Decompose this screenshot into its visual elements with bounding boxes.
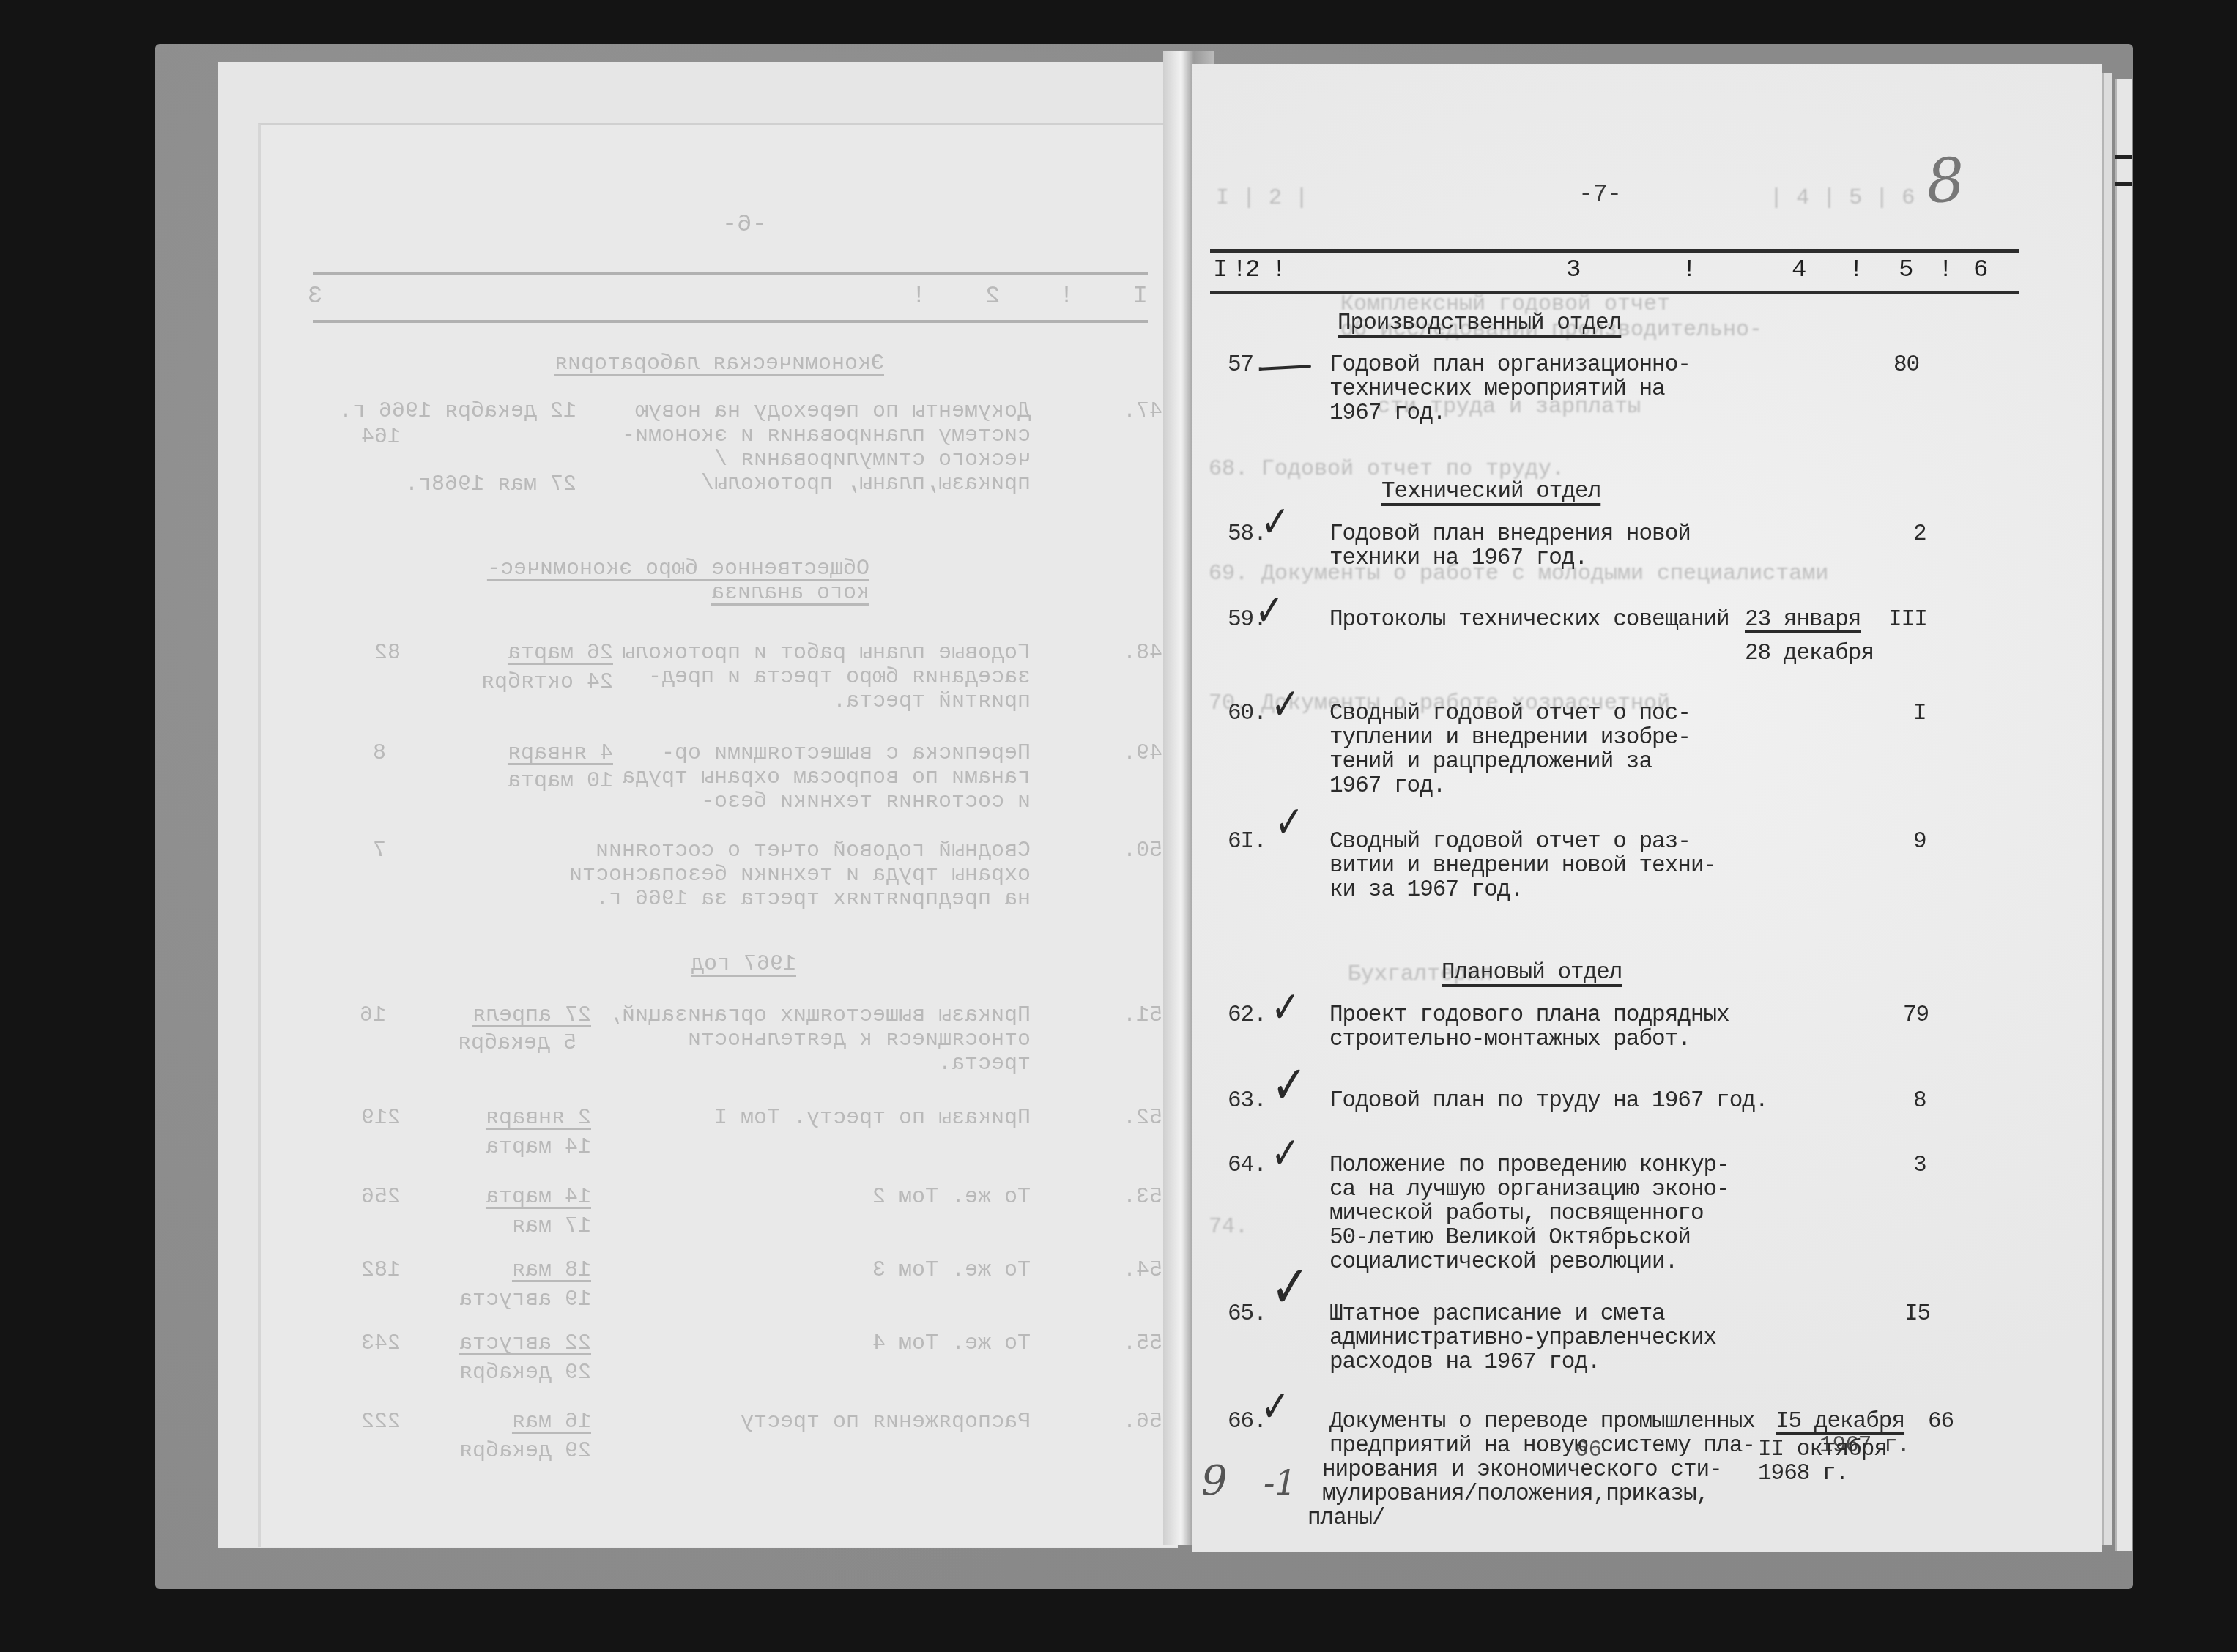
left-entry-title: То же. Том 3 <box>872 1259 1031 1283</box>
left-entry-title: Годовые планы работ и протоколы заседани… <box>620 641 1031 714</box>
left-entry-sheets: 8 <box>373 742 386 766</box>
left-section-title: 1967 год <box>691 953 796 977</box>
checkmark-icon: ✓ <box>1271 986 1299 1030</box>
left-entry-date-from: 4 января <box>508 742 613 766</box>
column-header: 6 <box>1973 256 1988 284</box>
entry-title: Годовой план по труду на 1967 год. <box>1329 1089 1768 1113</box>
page-tab-mark <box>2115 155 2132 159</box>
checkmark-icon: ✓ <box>1261 1385 1289 1429</box>
left-entry-date-to: 17 мая <box>512 1215 591 1239</box>
left-section-title: Экономическая лаборатория <box>554 352 884 376</box>
left-entry-sheets: 16 <box>360 1004 386 1028</box>
left-entry-date-from: 26 марта <box>508 641 613 666</box>
left-page-mirrored-text: -6- I ! 2 ! 3 ! 4 ! 5 ! 6 Экономическая … <box>261 125 1177 1547</box>
entry-sheet-count: I5 <box>1904 1302 1930 1326</box>
left-entry-date-from: 12 декабря 1966 г. <box>339 400 576 424</box>
bleed-through-line: 74. <box>1209 1216 1248 1240</box>
checkmark-icon: ✓ <box>1271 682 1299 726</box>
page-edge-stack <box>2102 73 2112 1545</box>
section-production-dept: Производственный отдел <box>1338 311 1621 335</box>
left-entry-title: Распоряжения по тресту <box>741 1410 1031 1435</box>
column-header: 3 <box>1566 256 1581 284</box>
left-entry-num: 49. <box>1123 742 1162 766</box>
left-entry-title: Приказы вышестоящих организаций, относящ… <box>591 1004 1031 1076</box>
entry-sheet-count: I <box>1913 702 1926 726</box>
column-separator: ! <box>1682 256 1696 284</box>
left-entry-date-to: 5 декабря <box>458 1032 576 1056</box>
left-entry-date-to: 19 августа <box>459 1288 591 1312</box>
left-entry-date-from: 22 августа <box>459 1332 591 1356</box>
entry-sheet-count: 2 <box>1913 522 1926 546</box>
entry-sheet-count: 3 <box>1913 1153 1926 1177</box>
left-entry-sheets: 219 <box>361 1106 401 1131</box>
header-rule-bottom <box>1210 291 2019 294</box>
left-entry-num: 55. <box>1123 1332 1162 1356</box>
entry-number: 63. <box>1228 1089 1266 1113</box>
column-separator: ! <box>1272 256 1286 284</box>
left-section-title: Общественное бюро экономичес-кого анализ… <box>459 557 869 606</box>
left-entry-sheets: 182 <box>361 1259 401 1283</box>
pencil-mark: -1 <box>1264 1463 1296 1503</box>
left-entry-num: 47. <box>1123 400 1162 424</box>
entry-number: 60. <box>1228 702 1266 726</box>
checkmark-icon: ✓ <box>1255 589 1283 633</box>
column-separator: ! <box>1938 256 1953 284</box>
entry-number: 62. <box>1228 1003 1266 1027</box>
left-header-rule-top <box>313 272 1148 275</box>
left-entry-date-from: 18 мая <box>512 1259 591 1283</box>
entry-number: 57. <box>1228 353 1266 377</box>
checkmark-icon: ✓ <box>1275 800 1303 844</box>
left-entry-num: 51. <box>1123 1004 1162 1028</box>
entry-sheet-count: III <box>1888 608 1927 632</box>
left-header-columns: I ! 2 ! 3 ! 4 ! 5 ! 6 <box>0 285 1148 309</box>
left-entry-num: 56. <box>1123 1410 1162 1435</box>
left-entry-date-from: 16 мая <box>512 1410 591 1435</box>
entry-date-range: 23 января 28 декабря <box>1745 608 1874 676</box>
column-header-row: I ! 2 ! 3 ! 4 ! 5 ! 6 <box>1213 256 2019 286</box>
left-entry-date-from: 14 марта <box>486 1186 591 1210</box>
entry-title: Документы о переводе промышленных предпр… <box>1329 1410 1755 1530</box>
section-planning-dept: Плановый отдел <box>1442 961 1622 985</box>
left-entry-num: 48. <box>1123 641 1162 666</box>
left-entry-num: 52. <box>1123 1106 1162 1131</box>
column-header: 5 <box>1899 256 1913 284</box>
left-entry-title: Документы по переходу на новую систему п… <box>591 400 1031 496</box>
checkmark-icon: ✓ <box>1271 1265 1310 1309</box>
entry-sheet-count: 80 <box>1893 353 1919 377</box>
header-rule-top <box>1210 249 2019 253</box>
left-entry-sheets: 82 <box>374 641 401 666</box>
left-entry-date-to: 29 декабря <box>459 1440 591 1464</box>
left-entry-num: 53. <box>1123 1186 1162 1210</box>
entry-title: Годовой план организационно- технических… <box>1329 353 1691 425</box>
left-entry-sheets: 256 <box>361 1186 401 1210</box>
column-header: 4 <box>1792 256 1806 284</box>
left-entry-date-to: 14 марта <box>486 1136 591 1160</box>
left-entry-sheets: 243 <box>361 1332 401 1356</box>
left-entry-date-to: 24 октября <box>481 671 613 695</box>
left-entry-num: 50. <box>1123 839 1162 863</box>
column-separator: ! <box>1849 256 1863 284</box>
entry-sheet-count: 79 <box>1903 1003 1929 1027</box>
left-entry-title: Сводный годовой отчет о состоянии охраны… <box>562 839 1031 912</box>
overtyped-fragment: 66 <box>1575 1437 1602 1463</box>
page-number: -7- <box>1578 183 1621 207</box>
checkmark-icon: ✓ <box>1271 1131 1299 1175</box>
left-page-number: -6- <box>722 213 767 237</box>
left-entry-date-to: 10 марта <box>508 770 613 794</box>
left-page: -6- I ! 2 ! 3 ! 4 ! 5 ! 6 Экономическая … <box>258 123 1177 1547</box>
handwritten-folio-number: 8 <box>1924 145 1967 217</box>
left-header-rule-bottom <box>313 320 1148 323</box>
section-technical-dept: Технический отдел <box>1381 480 1600 504</box>
entry-title: Протоколы технических совещаний <box>1329 608 1729 632</box>
left-entry-date-from: 2 января <box>486 1106 591 1131</box>
entry-title: Положение по проведению конкур- са на лу… <box>1329 1153 1729 1274</box>
entry-title: Годовой план внедрения новой техники на … <box>1329 522 1691 570</box>
left-entry-date-to: 27 мая 1968г. <box>405 473 576 497</box>
entry-sheet-count: 66 <box>1928 1410 1954 1434</box>
bleed-through-header: I | 2 | | 4 | 5 | 6 <box>1216 187 1915 211</box>
entry-number: 65. <box>1228 1302 1266 1326</box>
left-entry-sheets: 164 <box>361 425 401 450</box>
entry-sheet-count: 8 <box>1913 1089 1926 1113</box>
left-entry-num: 54. <box>1123 1259 1162 1283</box>
left-entry-title: Переписка с вышестоящими ор-ганами по во… <box>620 742 1031 814</box>
left-entry-title: То же. Том 2 <box>872 1186 1031 1210</box>
left-entry-sheets: 222 <box>361 1410 401 1435</box>
checkmark-icon: ✓ <box>1272 1063 1306 1106</box>
left-entry-title: То же. Том 4 <box>872 1332 1031 1356</box>
column-header: 2 <box>1245 256 1260 284</box>
entry-title: Сводный годовой отчет о пос- туплении и … <box>1329 702 1691 798</box>
entry-title: Штатное расписание и смета административ… <box>1329 1302 1716 1374</box>
pencil-mark: 9 <box>1201 1457 1228 1505</box>
checkmark-icon: ✓ <box>1261 500 1289 544</box>
left-entry-date-from: 27 апреля <box>472 1004 591 1028</box>
entry-number: 64. <box>1228 1153 1266 1177</box>
column-header: I <box>1213 256 1228 284</box>
left-entry-title: Приказы по тресту. Том I <box>714 1106 1031 1131</box>
left-entry-date-to: 29 декабря <box>459 1361 591 1385</box>
entry-number: 6I. <box>1228 830 1266 854</box>
entry-date-range-end: II октября 1968 г. <box>1758 1437 1887 1486</box>
page-edge-stack <box>2115 79 2132 1551</box>
page-tab-mark <box>2115 182 2132 186</box>
entry-sheet-count: 9 <box>1913 830 1926 854</box>
entry-title: Сводный годовой отчет о раз- витии и вне… <box>1329 830 1716 902</box>
entry-title: Проект годового плана подрядных строител… <box>1329 1003 1729 1052</box>
left-entry-sheets: 7 <box>373 839 386 863</box>
